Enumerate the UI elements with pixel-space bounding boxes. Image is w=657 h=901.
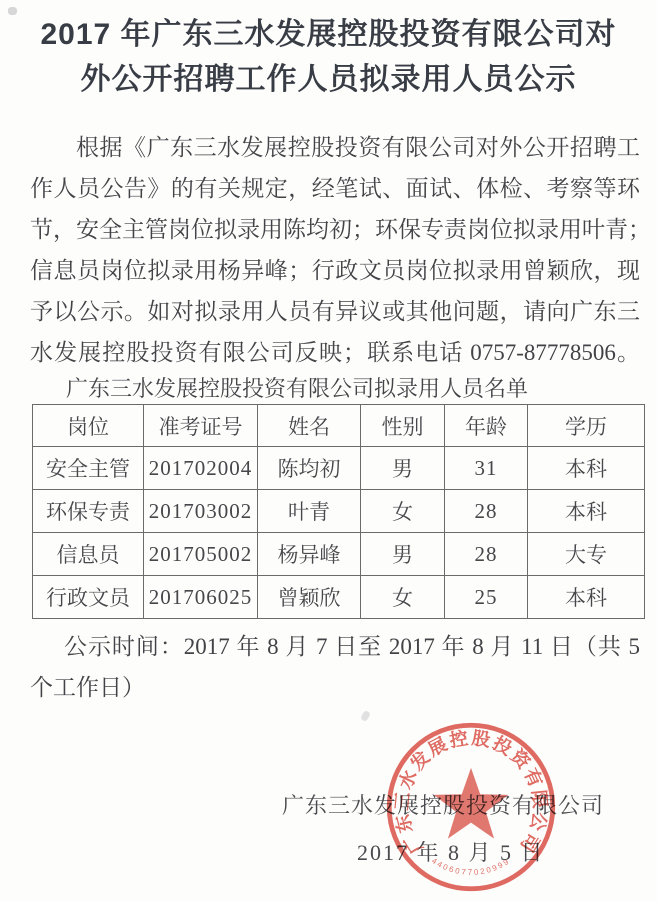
table-row: 安全主管 201702004 陈均初 男 31 本科 — [33, 447, 645, 490]
table-header-cell: 准考证号 — [144, 405, 258, 447]
table-cell: 本科 — [528, 447, 645, 490]
table-caption: 广东三水发展控股投资有限公司拟录用人员名单 — [30, 373, 640, 404]
table-cell: 201702004 — [144, 447, 258, 490]
document-page: 2017 年广东三水发展控股投资有限公司对 外公开招聘工作人员拟录用人员公示 根… — [0, 0, 657, 901]
table-header-cell: 性别 — [361, 405, 445, 447]
seal-code-text: 4406077020999 — [430, 856, 512, 877]
table-row: 环保专责 201703002 叶青 女 28 本科 — [33, 490, 645, 533]
notice-line: 公示时间：2017 年 8 月 7 日至 2017 年 8 月 11 日（共 5 — [30, 626, 640, 667]
table-row: 行政文员 201706025 曾颖欣 女 25 本科 — [33, 576, 645, 619]
notice-line: 个工作日） — [30, 667, 640, 708]
table-cell: 28 — [445, 533, 528, 576]
table-cell: 女 — [361, 576, 445, 619]
table-header-cell: 姓名 — [258, 405, 361, 447]
table-cell: 31 — [445, 447, 528, 490]
body-line: 作人员公告》的有关规定，经笔试、面试、体检、考察等环 — [30, 168, 640, 209]
table-cell: 201706025 — [144, 576, 258, 619]
table-header-cell: 学历 — [528, 405, 645, 447]
body-line: 予以公示。如对拟录用人员有异议或其他问题，请向广东三 — [30, 291, 640, 332]
body-line: 水发展控股投资有限公司反映；联系电话 0757-87778506。 — [30, 332, 640, 373]
body-line: 根据《广东三水发展控股投资有限公司对外公开招聘工 — [30, 127, 640, 168]
table-cell: 大专 — [528, 533, 645, 576]
table-cell: 信息员 — [33, 533, 144, 576]
title-line-2: 外公开招聘工作人员拟录用人员公示 — [24, 57, 633, 102]
title-line-1: 2017 年广东三水发展控股投资有限公司对 — [24, 12, 633, 57]
body-line: 信息员岗位拟录用杨异峰；行政文员岗位拟录用曾颖欣，现 — [30, 250, 640, 291]
table-cell: 曾颖欣 — [258, 576, 361, 619]
table-cell: 女 — [361, 490, 445, 533]
candidates-table: 岗位 准考证号 姓名 性别 年龄 学历 安全主管 201702004 陈均初 男… — [32, 404, 645, 619]
table-header-cell: 年龄 — [445, 405, 528, 447]
document-title: 2017 年广东三水发展控股投资有限公司对 外公开招聘工作人员拟录用人员公示 — [24, 12, 633, 102]
table-row: 信息员 201705002 杨异峰 男 28 大专 — [33, 533, 645, 576]
table-header-cell: 岗位 — [33, 405, 144, 447]
table-cell: 安全主管 — [33, 447, 144, 490]
table-cell: 杨异峰 — [258, 533, 361, 576]
table-cell: 陈均初 — [258, 447, 361, 490]
scan-artifact — [360, 710, 371, 722]
table-cell: 25 — [445, 576, 528, 619]
body-line: 节，安全主管岗位拟录用陈均初；环保专责岗位拟录用叶青； — [30, 209, 640, 250]
table-cell: 201705002 — [144, 533, 258, 576]
table-cell: 本科 — [528, 576, 645, 619]
table-cell: 男 — [361, 447, 445, 490]
table-cell: 201703002 — [144, 490, 258, 533]
body-paragraph: 根据《广东三水发展控股投资有限公司对外公开招聘工 作人员公告》的有关规定，经笔试… — [30, 127, 640, 373]
scan-artifact — [8, 7, 17, 15]
table-cell: 男 — [361, 533, 445, 576]
notice-paragraph: 公示时间：2017 年 8 月 7 日至 2017 年 8 月 11 日（共 5… — [30, 626, 640, 708]
table-cell: 行政文员 — [33, 576, 144, 619]
table-cell: 叶青 — [258, 490, 361, 533]
star-icon — [434, 768, 508, 839]
company-seal: 广东三水发展控股投资有限公司 4406077020999 — [384, 720, 558, 894]
table-cell: 环保专责 — [33, 490, 144, 533]
table-cell: 本科 — [528, 490, 645, 533]
table-cell: 28 — [445, 490, 528, 533]
table-header-row: 岗位 准考证号 姓名 性别 年龄 学历 — [33, 405, 645, 447]
